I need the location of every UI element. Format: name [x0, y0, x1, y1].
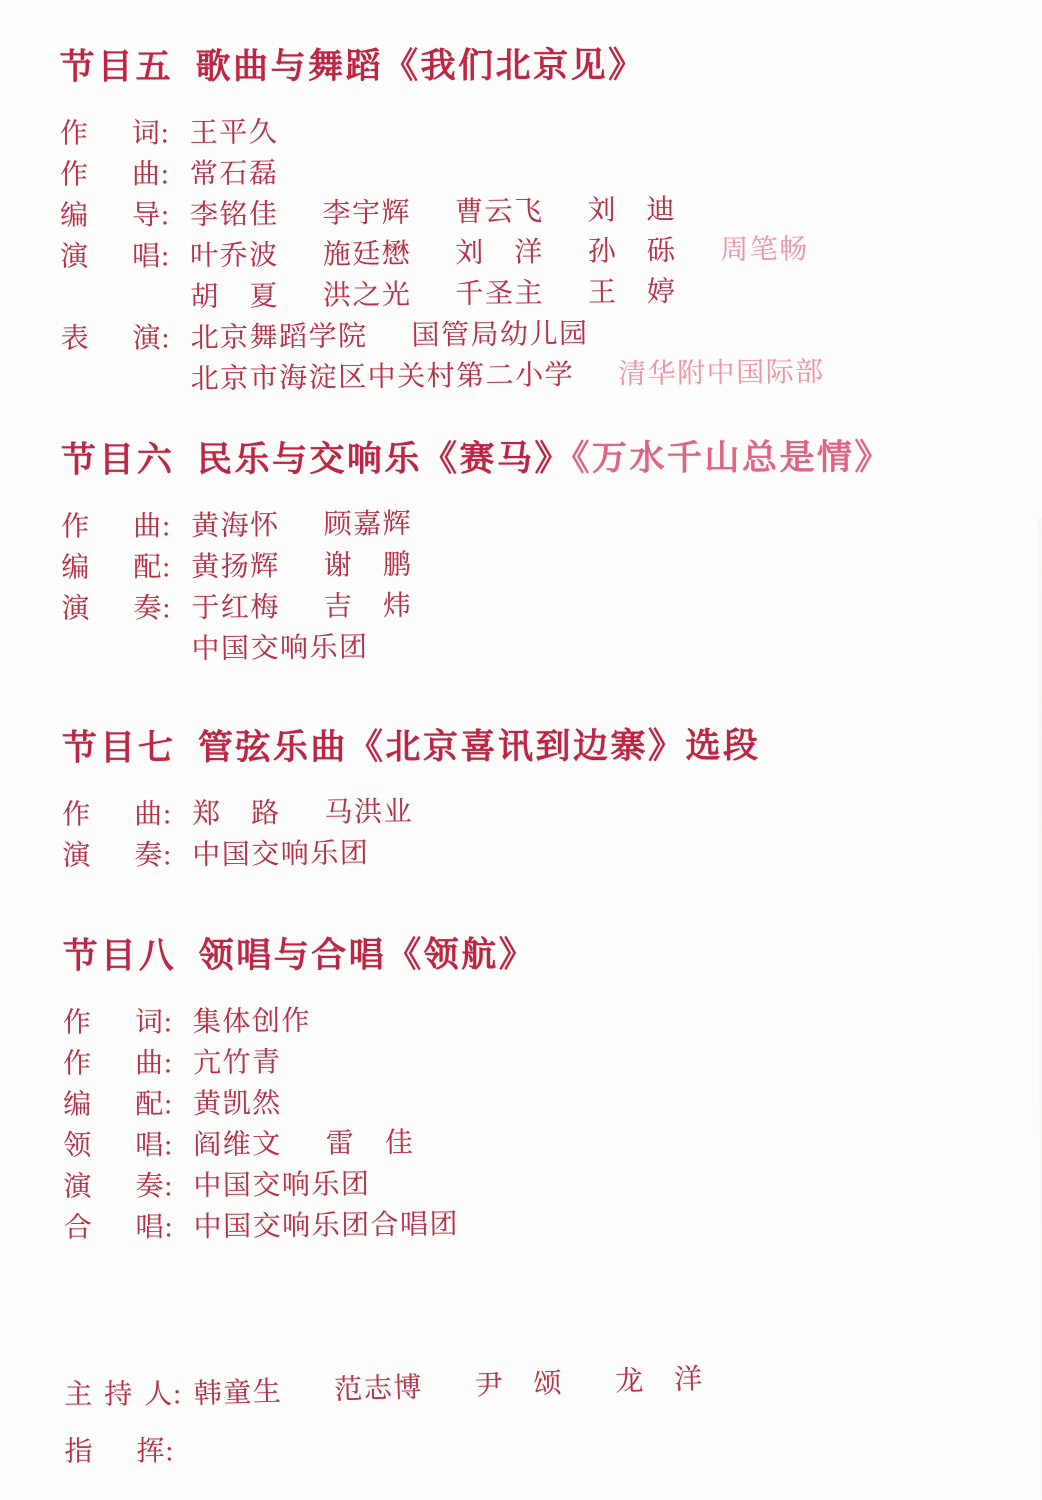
credit-role-chars: 作曲: [60, 154, 160, 195]
credit-colon: :: [173, 1374, 181, 1415]
credit-name: 雷 佳: [326, 1123, 415, 1165]
credit-line: 表演:北京舞蹈学院国管局幼儿园北京市海淀区中关村第二小学清华附中国际部: [60, 315, 1010, 400]
credit-name: 谢 鹏: [324, 545, 413, 587]
program-name: 管弦乐曲《北京喜讯到边寨》选段: [198, 724, 761, 770]
credit-rows: 韩童生范志博尹 颂龙 洋: [194, 1371, 1014, 1415]
credit-name: 吉 炜: [324, 586, 413, 628]
credit-rows: 中国交响乐团: [192, 832, 1012, 876]
credit-role-chars: 演奏: [61, 588, 161, 629]
credit-role-label: 表演:: [60, 318, 190, 359]
credit-role-char: 挥: [136, 1431, 164, 1472]
credit-name: 马洪业: [324, 792, 413, 834]
credit-role-label: 演奏:: [62, 835, 192, 876]
program-name: 歌曲与舞蹈《我们北京见》: [196, 44, 646, 90]
credit-colon: :: [165, 1207, 173, 1248]
credit-role-label: 编导:: [60, 195, 190, 236]
program-title: 节目七管弦乐曲《北京喜讯到边寨》选段: [62, 723, 1012, 770]
credit-name: 刘 迪: [587, 190, 676, 232]
credit-role-chars: 作词: [60, 113, 160, 154]
credit-name: 千圣主: [455, 273, 544, 315]
program-section: 节目八领唱与合唱《领航》作词:集体创作作曲:亢竹青编配:黄凯然领唱:阎维文雷 佳…: [63, 931, 1014, 1248]
credit-name: 顾嘉辉: [323, 504, 412, 546]
credit-role-char: 词: [135, 1002, 163, 1043]
program-number: 节目五: [60, 45, 174, 89]
program-title: 节目六民乐与交响乐《赛马》《万水千山总是情》: [61, 435, 1011, 482]
scan-edge-shading: [1036, 518, 1042, 1498]
credit-role-char: 编: [61, 548, 89, 589]
credit-role-char: 演: [62, 836, 90, 877]
credit-name: 中国交响乐团: [191, 627, 368, 670]
credit-colon: :: [161, 318, 169, 359]
program-number: 节目六: [61, 438, 175, 482]
program-section: 节目七管弦乐曲《北京喜讯到边寨》选段作曲:郑 路马洪业演奏:中国交响乐团: [62, 723, 1013, 876]
program-name: 领唱与合唱《领航》: [199, 933, 537, 978]
credit-colon: :: [163, 794, 171, 835]
credit-name: 曹云飞: [455, 191, 544, 233]
credit-name: 中国交响乐团: [192, 833, 369, 876]
credit-role-char: 作: [63, 1003, 91, 1044]
credit-role-char: 唱: [136, 1207, 164, 1248]
credit-name: 北京舞蹈学院: [190, 316, 367, 359]
credit-role-char: 曲: [135, 1043, 163, 1084]
credit-role-char: 演: [132, 318, 160, 359]
credit-colon: :: [164, 1002, 172, 1043]
credit-role-char: 曲: [133, 506, 161, 547]
credits-block: 作词:王平久作曲:常石磊编导:李铭佳李宇辉曹云飞刘 迪演唱:叶乔波施廷懋刘 洋孙…: [60, 110, 1011, 400]
program-title: 节目五歌曲与舞蹈《我们北京见》: [60, 42, 1010, 89]
credit-colon: :: [162, 588, 170, 629]
credit-role-chars: 作曲: [61, 506, 161, 547]
credit-name: 中国交响乐团: [193, 1164, 370, 1207]
credit-role-char: 曲: [132, 154, 160, 195]
program-section: 节目六民乐与交响乐《赛马》《万水千山总是情》作曲:黄海怀顾嘉辉编配:黄扬辉谢 鹏…: [61, 435, 1012, 670]
credit-colon: :: [164, 1166, 172, 1207]
credit-role-char: 主: [64, 1375, 92, 1416]
credit-name: 胡 夏: [190, 276, 279, 318]
credit-role-char: 人: [144, 1374, 172, 1415]
credit-colon: :: [164, 1084, 172, 1125]
credit-role-label: 合唱:: [64, 1207, 194, 1248]
credit-rows: [194, 1428, 1014, 1431]
credit-rows: 北京舞蹈学院国管局幼儿园北京市海淀区中关村第二小学清华附中国际部: [190, 315, 1010, 400]
credit-names-row: 韩童生范志博尹 颂龙 洋: [193, 1350, 1014, 1415]
credit-role-char: 曲: [134, 794, 162, 835]
credit-role-char: 领: [63, 1126, 91, 1167]
credit-role-char: 词: [132, 113, 160, 154]
credit-colon: :: [163, 835, 171, 876]
credit-role-chars: 作词: [63, 1002, 163, 1043]
credit-colon: :: [161, 236, 169, 277]
credit-role-char: 作: [63, 1044, 91, 1085]
credit-name: 范志博: [334, 1367, 424, 1411]
credit-role-label: 领唱:: [63, 1125, 193, 1166]
credit-name: 韩童生: [193, 1372, 283, 1416]
credit-role-char: 奏: [135, 1166, 163, 1207]
program-number: 节目七: [62, 726, 176, 770]
credit-name: 郑 路: [192, 793, 281, 835]
program-title-text: 民乐与交响乐《赛马》: [197, 439, 572, 479]
footer-credits: 主持人:韩童生范志博尹 颂龙 洋指挥:: [64, 1371, 1014, 1472]
credit-role-char: 作: [60, 155, 88, 196]
credit-name: 李宇辉: [322, 193, 411, 235]
credit-colon: :: [161, 154, 169, 195]
credit-colon: :: [162, 547, 170, 588]
credit-role-char: 配: [133, 547, 161, 588]
credit-role-char: 作: [61, 507, 89, 548]
credit-role-char: 指: [64, 1432, 92, 1473]
credit-name: 刘 洋: [455, 232, 544, 274]
credit-name: 亢竹青: [193, 1042, 282, 1084]
credit-role-label: 作词:: [60, 113, 190, 154]
credit-name: 李铭佳: [190, 194, 279, 236]
credit-name: 黄海怀: [191, 505, 280, 547]
credit-names-row: 北京市海淀区中关村第二小学清华附中国际部: [190, 350, 1010, 400]
credit-role-label: 主持人:: [64, 1374, 194, 1415]
credit-name: 王平久: [190, 112, 279, 154]
credit-colon: :: [161, 195, 169, 236]
credit-colon: :: [161, 113, 169, 154]
credit-names-row: 中国交响乐团: [192, 826, 1012, 876]
credit-names-row: [194, 1422, 1014, 1431]
credit-role-chars: 演奏: [63, 1166, 163, 1207]
credit-colon: :: [162, 506, 170, 547]
credit-role-char: 作: [60, 114, 88, 155]
credit-role-label: 演奏:: [63, 1166, 193, 1207]
credit-name: 王 婷: [588, 272, 677, 314]
credit-role-chars: 演奏: [62, 835, 162, 876]
credit-role-char: 演: [63, 1167, 91, 1208]
credit-role-label: 作曲:: [60, 154, 190, 195]
credit-name: 北京市海淀区中关村第二小学: [190, 355, 574, 400]
credit-role-chars: 表演: [60, 318, 160, 359]
program-section: 节目五歌曲与舞蹈《我们北京见》作词:王平久作曲:常石磊编导:李铭佳李宇辉曹云飞刘…: [60, 42, 1011, 400]
credit-role-chars: 领唱: [63, 1125, 163, 1166]
credit-colon: :: [165, 1431, 173, 1472]
credit-name: 集体创作: [193, 1001, 311, 1043]
credit-role-label: 编配:: [63, 1084, 193, 1125]
credit-name: 阎维文: [193, 1124, 282, 1166]
credit-role-char: 导: [132, 195, 160, 236]
credit-role-chars: 作曲: [62, 794, 162, 835]
credit-name: 中国交响乐团合唱团: [193, 1204, 459, 1248]
credit-role-chars: 主持人: [64, 1374, 172, 1415]
credit-role-label: 指挥:: [64, 1431, 194, 1472]
credit-role-chars: 编配: [61, 547, 161, 588]
credit-rows: 叶乔波施廷懋刘 洋孙 砾周笔畅胡 夏洪之光千圣主王 婷: [190, 233, 1010, 318]
credit-role-char: 配: [135, 1084, 163, 1125]
credit-name: 黄凯然: [193, 1083, 282, 1125]
credit-role-label: 作词:: [63, 1002, 193, 1043]
credit-role-char: 持: [104, 1374, 132, 1415]
program-title-text: 歌曲与舞蹈《我们北京见》: [196, 46, 646, 87]
credit-role-label: 作曲:: [61, 506, 191, 547]
credit-name: 国管局幼儿园: [411, 314, 588, 357]
credit-role-char: 奏: [134, 835, 162, 876]
credits-block: 作曲:黄海怀顾嘉辉编配:黄扬辉谢 鹏演奏:于红梅吉 炜中国交响乐团: [61, 503, 1012, 670]
credit-line: 主持人:韩童生范志博尹 颂龙 洋: [64, 1371, 1014, 1415]
program-number: 节目八: [63, 934, 177, 978]
credit-role-label: 作曲:: [62, 794, 192, 835]
credit-role-char: 演: [61, 589, 89, 630]
credit-role-char: 表: [60, 319, 88, 360]
program-name: 民乐与交响乐《赛马》《万水千山总是情》: [197, 436, 892, 482]
credit-role-char: 编: [63, 1085, 91, 1126]
credit-role-chars: 编配: [63, 1084, 163, 1125]
credit-line: 合唱:中国交响乐团合唱团: [64, 1204, 1014, 1248]
credit-role-label: 演奏:: [61, 588, 191, 629]
credit-role-chars: 指挥: [64, 1431, 164, 1472]
credit-colon: :: [164, 1043, 172, 1084]
credit-name: 黄扬辉: [191, 546, 280, 588]
program-title-text: 《万水千山总是情》: [572, 438, 892, 478]
credit-role-char: 唱: [135, 1125, 163, 1166]
credit-role-chars: 作曲: [63, 1043, 163, 1084]
credits-block: 作词:集体创作作曲:亢竹青编配:黄凯然领唱:阎维文雷 佳演奏:中国交响乐团合唱:…: [63, 999, 1014, 1248]
credit-role-char: 编: [60, 196, 88, 237]
credit-line: 演唱:叶乔波施廷懋刘 洋孙 砾周笔畅胡 夏洪之光千圣主王 婷: [60, 233, 1010, 318]
program-page: 节目五歌曲与舞蹈《我们北京见》作词:王平久作曲:常石磊编导:李铭佳李宇辉曹云飞刘…: [0, 0, 1042, 1500]
credit-names-row: 中国交响乐团合唱团: [193, 1198, 1013, 1248]
credit-name: 施廷懋: [322, 234, 411, 276]
credit-rows: 中国交响乐团合唱团: [194, 1204, 1014, 1248]
credit-role-char: 奏: [133, 588, 161, 629]
credit-line: 演奏:中国交响乐团: [62, 832, 1012, 876]
credit-name: 尹 颂: [474, 1363, 564, 1407]
credit-name: 孙 砾: [588, 231, 677, 273]
credit-name: 周笔畅: [720, 229, 809, 271]
credit-name: 龙 洋: [615, 1359, 705, 1403]
credit-line: 演奏:于红梅吉 炜中国交响乐团: [61, 585, 1011, 670]
program-title: 节目八领唱与合唱《领航》: [63, 931, 1013, 978]
credit-name: 洪之光: [323, 275, 412, 317]
credit-role-label: 作曲:: [63, 1043, 193, 1084]
credits-block: 作曲:郑 路马洪业演奏:中国交响乐团: [62, 791, 1012, 876]
credit-role-char: 合: [64, 1208, 92, 1249]
credit-line: 指挥:: [64, 1428, 1014, 1472]
credit-colon: :: [164, 1125, 172, 1166]
credit-name: 常石磊: [190, 153, 279, 195]
credit-role-char: 演: [60, 237, 88, 278]
credit-role-chars: 编导: [60, 195, 160, 236]
credit-names-row: 中国交响乐团: [191, 620, 1011, 670]
credit-role-char: 作: [62, 795, 90, 836]
credit-name: 于红梅: [191, 587, 280, 629]
credit-role-chars: 演唱: [60, 236, 160, 277]
credit-rows: 于红梅吉 炜中国交响乐团: [191, 585, 1011, 670]
program-title-text: 领唱与合唱《领航》: [199, 935, 537, 975]
credit-role-char: 唱: [132, 236, 160, 277]
credit-name: 清华附中国际部: [618, 352, 825, 395]
program-title-text: 管弦乐曲《北京喜讯到边寨》选段: [198, 726, 761, 767]
credit-role-label: 演唱:: [60, 236, 190, 277]
credit-name: 叶乔波: [190, 235, 279, 277]
credit-role-chars: 合唱: [64, 1207, 164, 1248]
credit-role-label: 编配:: [61, 547, 191, 588]
